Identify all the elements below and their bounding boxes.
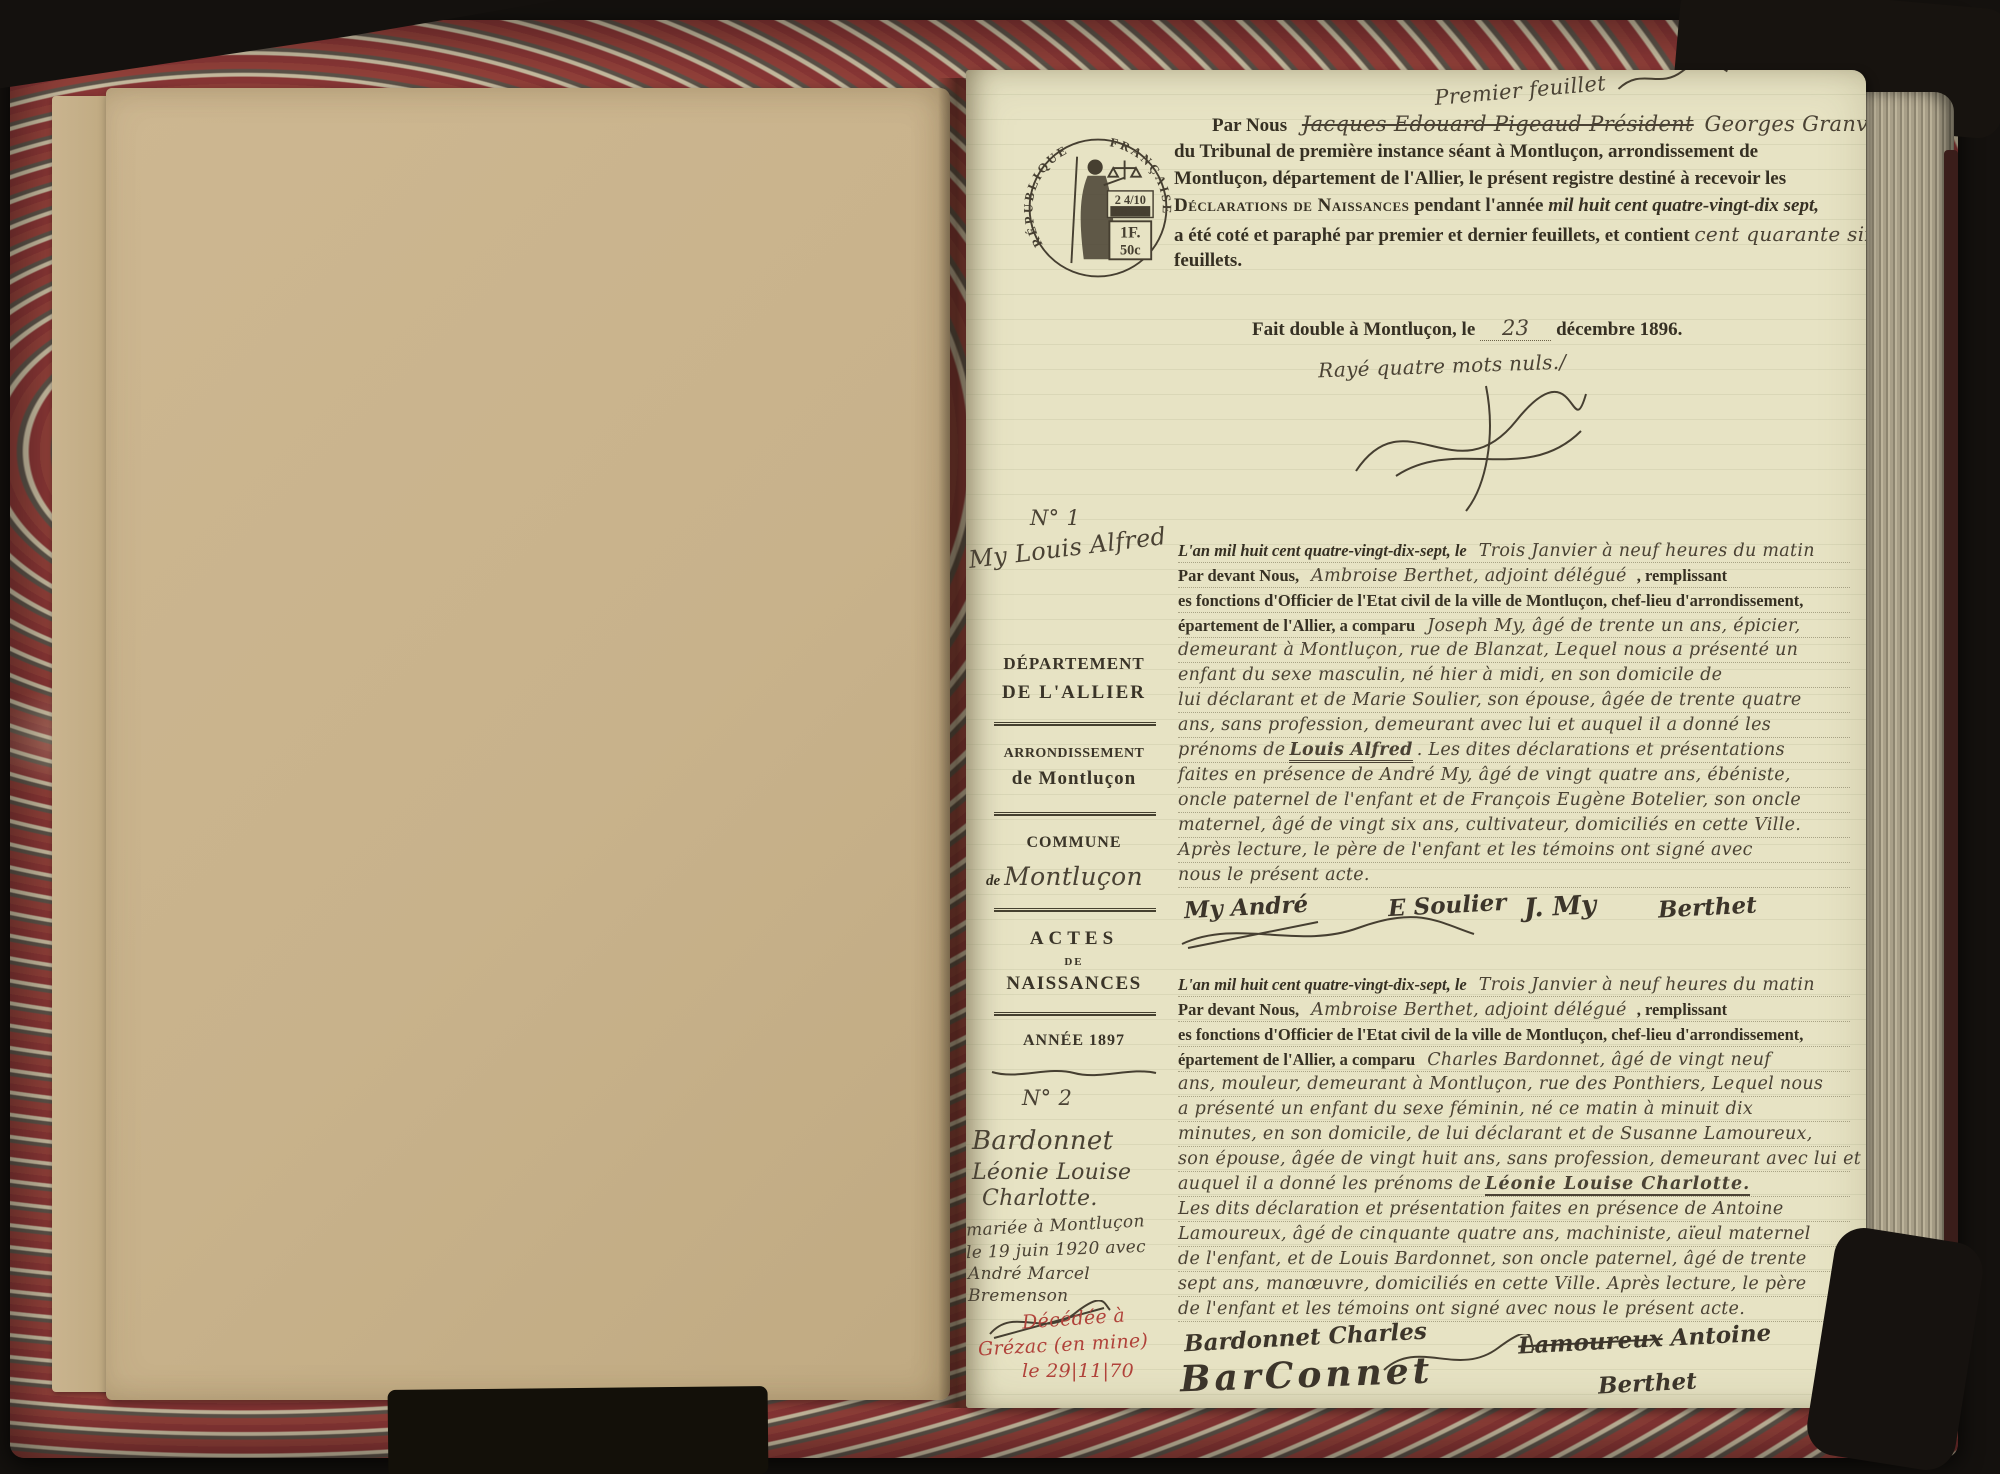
handwritten-text: minutes, en son domicile, de lui déclara… — [1178, 1124, 1813, 1144]
stamp-rate-mid: EN SUS — [1115, 207, 1146, 217]
act1-line: nous le présent acte. — [1178, 863, 1850, 888]
act1-signatures: My André E Soulier J. My Berthet — [1178, 892, 1850, 936]
handwritten-text: Lamoureux, âgé de cinquante quatre ans, … — [1178, 1224, 1811, 1244]
fait-double-suffix: décembre 1896. — [1556, 319, 1682, 340]
child-name-act1: Louis Alfred — [1289, 740, 1412, 763]
departement-label-2: DE L'ALLIER — [976, 682, 1172, 704]
printed-text: es fonctions d'Officier de l'Etat civil … — [1178, 591, 1803, 610]
printed-text: Par devant Nous, — [1178, 566, 1299, 585]
record-2-margin-name-1: Bardonnet — [972, 1126, 1113, 1156]
book-page-edges — [1862, 92, 1954, 1420]
folio-count-handwritten: cent quarante six — [1694, 222, 1866, 246]
act2-line: ans, mouleur, demeurant à Montluçon, rue… — [1178, 1072, 1850, 1097]
record-2-margin-name-3: Charlotte. — [982, 1186, 1098, 1211]
printed-text: Par devant Nous, — [1178, 1000, 1299, 1019]
act2-line: son épouse, âgée de vingt huit ans, sans… — [1178, 1147, 1850, 1172]
child-name-act2: Léonie Louise Charlotte. — [1485, 1174, 1750, 1196]
handwritten-text: prénoms de — [1178, 740, 1285, 760]
actes-label-1: ACTES — [976, 928, 1172, 950]
handwritten-text: Trois Janvier à neuf heures du matin — [1479, 541, 1815, 561]
handwritten-text: Les dits déclaration et présentation fai… — [1178, 1199, 1784, 1219]
premier-feuillet-text: Premier feuillet — [1434, 71, 1607, 110]
margin-divider-rule — [994, 722, 1156, 726]
judge-signature-flourish — [1336, 376, 1616, 516]
signature-official-berthet: Berthet — [1657, 891, 1757, 923]
handwritten-text: Joseph My, âgé de trente un ans, épicier… — [1427, 616, 1800, 636]
act2-line: Lamoureux, âgé de cinquante quatre ans, … — [1178, 1222, 1850, 1247]
paraph-flourish-icon — [1611, 70, 1733, 97]
handwritten-text: de l'enfant et les témoins ont signé ave… — [1178, 1299, 1745, 1319]
act2-line: es fonctions d'Officier de l'Etat civil … — [1178, 1022, 1850, 1047]
signature-flourish-icon — [1178, 916, 1478, 952]
commune-label: COMMUNE — [976, 834, 1172, 852]
stamp-rate-top: 2 4/10 — [1115, 193, 1146, 207]
arrondissement-label-1: ARRONDISSEMENT — [976, 746, 1172, 762]
stamp-arc-left-text: RÉPUBLIQUE — [1022, 142, 1071, 249]
handwritten-text: enfant du sexe masculin, né hier à midi,… — [1178, 665, 1722, 685]
margin-divider-rule — [994, 908, 1156, 912]
act2-signatures: Bardonnet Charles Lamoureux Antoine BarC… — [1178, 1324, 1850, 1368]
svg-text:RÉPUBLIQUE: RÉPUBLIQUE — [1022, 142, 1071, 249]
annee-label: ANNÉE 1897 — [976, 1032, 1172, 1050]
fait-double-prefix: Fait double à Montluçon, le — [1252, 319, 1475, 340]
flyleaf-stub-page — [52, 96, 114, 1392]
act1-line: lui déclarant et de Marie Soulier, son é… — [1178, 688, 1850, 713]
actes-label-2: DE — [976, 956, 1172, 968]
handwritten-text: auquel il a donné les prénoms de — [1178, 1174, 1481, 1194]
margin-divider-rule — [994, 812, 1156, 816]
header-line-5: a été coté et paraphé par premier et der… — [1174, 225, 1690, 246]
par-nous-label: Par Nous — [1212, 115, 1287, 136]
signature-flourish-icon — [1378, 1334, 1538, 1380]
act1-line: Par devant Nous, Ambroise Berthet, adjoi… — [1178, 563, 1850, 588]
printed-text: , remplissant — [1637, 1000, 1727, 1019]
commune-handwritten-name: Montluçon — [1004, 862, 1143, 891]
stamp-centime-value: 50c — [1120, 243, 1141, 259]
handwritten-text: ans, mouleur, demeurant à Montluçon, rue… — [1178, 1074, 1823, 1094]
printed-text: , remplissant — [1637, 566, 1727, 585]
act2-line: auquel il a donné les prénoms de Léonie … — [1178, 1172, 1850, 1197]
actes-label-3: NAISSANCES — [976, 973, 1172, 995]
blank-left-page — [106, 88, 950, 1400]
act1-line: enfant du sexe masculin, né hier à midi,… — [1178, 663, 1850, 688]
marriage-note-line-1: mariée à Montluçon — [966, 1211, 1145, 1240]
printed-text: L'an mil huit cent quatre-vingt-dix-sept… — [1178, 541, 1467, 560]
handwritten-text: Ambroise Berthet, adjoint délégué — [1311, 566, 1627, 586]
revenue-stamp: RÉPUBLIQUE FRANÇAISE 2 4/10 EN SUS 1F. 5… — [1022, 132, 1174, 284]
arrondissement-label-2: de Montluçon — [976, 768, 1172, 790]
act1-line: prénoms de Louis Alfred . Les dites décl… — [1178, 738, 1850, 763]
signature-lamoureux-struck: Lamoureux — [1517, 1325, 1663, 1360]
act2-line: a présenté un enfant du sexe féminin, né… — [1178, 1097, 1850, 1122]
handwritten-text: a présenté un enfant du sexe féminin, né… — [1178, 1099, 1753, 1119]
marriage-note-line-2: le 19 juin 1920 avec — [966, 1237, 1146, 1263]
handwritten-text: maternel, âgé de vingt six ans, cultivat… — [1178, 815, 1801, 835]
fait-double-line: Fait double à Montluçon, le 23 décembre … — [1252, 316, 1682, 341]
margin-divider-rule — [994, 1012, 1156, 1016]
printed-text: L'an mil huit cent quatre-vingt-dix-sept… — [1178, 975, 1467, 994]
handwritten-text: oncle paternel de l'enfant et de Françoi… — [1178, 790, 1801, 810]
stamp-franc-value: 1F. — [1120, 224, 1140, 241]
header-line-6: feuillets. — [1174, 250, 1242, 272]
scan-shadow-bottom-notch — [388, 1386, 769, 1474]
act1-line: maternel, âgé de vingt six ans, cultivat… — [1178, 813, 1850, 838]
act1-line: es fonctions d'Officier de l'Etat civil … — [1178, 588, 1850, 613]
act1-line: demeurant à Montluçon, rue de Blanzat, L… — [1178, 638, 1850, 663]
signature-official-berthet-2: Berthet — [1597, 1367, 1697, 1399]
handwritten-text: ans, sans profession, demeurant avec lui… — [1178, 715, 1771, 735]
departement-label-1: DÉPARTEMENT — [976, 654, 1172, 674]
register-header: Par Nous Jacques Edouard Pigeaud Préside… — [1174, 106, 1864, 316]
handwritten-text: faites en présence de André My, âgé de v… — [1178, 765, 1791, 785]
act2-line: minutes, en son domicile, de lui déclara… — [1178, 1122, 1850, 1147]
handwritten-text: . Les dites déclarations et présentation… — [1417, 740, 1785, 760]
handwritten-text: sept ans, manœuvre, domiciliés en cette … — [1178, 1274, 1806, 1294]
handwritten-text: lui déclarant et de Marie Soulier, son é… — [1178, 690, 1802, 710]
handwritten-text: de l'enfant, et de Louis Bardonnet, son … — [1178, 1249, 1807, 1269]
header-line-3: Montluçon, département de l'Allier, le p… — [1174, 168, 1786, 190]
act1-line: Après lecture, le père de l'enfant et le… — [1178, 838, 1850, 863]
act2-line: de l'enfant et les témoins ont signé ave… — [1178, 1297, 1850, 1322]
handwritten-text: demeurant à Montluçon, rue de Blanzat, L… — [1178, 640, 1798, 660]
struck-official-name: Jacques Edouard Pigeaud Président — [1302, 112, 1694, 136]
act2-line: sept ans, manœuvre, domiciliés en cette … — [1178, 1272, 1850, 1297]
act1-line: oncle paternel de l'enfant et de Françoi… — [1178, 788, 1850, 813]
marriage-note-line-3: André Marcel — [968, 1264, 1090, 1284]
act1-line: épartement de l'Allier, a comparu Joseph… — [1178, 613, 1850, 638]
register-form-page: RÉPUBLIQUE FRANÇAISE 2 4/10 EN SUS 1F. 5… — [966, 70, 1866, 1408]
scanned-register-page: RÉPUBLIQUE FRANÇAISE 2 4/10 EN SUS 1F. 5… — [0, 0, 2000, 1474]
cover-edge — [1944, 150, 1958, 1330]
printed-text: épartement de l'Allier, a comparu — [1178, 616, 1415, 635]
act1-line: faites en présence de André My, âgé de v… — [1178, 763, 1850, 788]
handwritten-text: nous le présent acte. — [1178, 865, 1370, 885]
header-line-2: du Tribunal de première instance séant à… — [1174, 141, 1758, 163]
act2-line: Par devant Nous, Ambroise Berthet, adjoi… — [1178, 997, 1850, 1022]
fait-double-day: 23 — [1480, 316, 1551, 341]
handwritten-text: son épouse, âgée de vingt huit ans, sans… — [1178, 1149, 1861, 1169]
printed-year-words: mil huit cent quatre-vingt-dix sept, — [1548, 195, 1819, 216]
handwritten-text: Trois Janvier à neuf heures du matin — [1479, 975, 1815, 995]
annee-bracket-ornament — [988, 1064, 1160, 1082]
signature-j-my: J. My — [1523, 890, 1597, 924]
printed-text: épartement de l'Allier, a comparu — [1178, 1050, 1415, 1069]
header-line-4-rest: pendant l'année — [1414, 195, 1543, 216]
act2-line: de l'enfant, et de Louis Bardonnet, son … — [1178, 1247, 1850, 1272]
act1-line: L'an mil huit cent quatre-vingt-dix-sept… — [1178, 538, 1850, 563]
declarations-naissances-label: Déclarations de Naissances — [1174, 195, 1409, 216]
signature-antoine: Antoine — [1670, 1319, 1772, 1351]
act2-line: Les dits déclaration et présentation fai… — [1178, 1197, 1850, 1222]
act2-line: L'an mil huit cent quatre-vingt-dix-sept… — [1178, 972, 1850, 997]
handwritten-text: Charles Bardonnet, âgé de vingt neuf — [1427, 1050, 1771, 1070]
act1-line: ans, sans profession, demeurant avec lui… — [1178, 713, 1850, 738]
death-note-line-3: le 29|11|70 — [1022, 1360, 1134, 1382]
act2-line: épartement de l'Allier, a comparu Charle… — [1178, 1047, 1850, 1072]
record-1-number: N° 1 — [1030, 506, 1080, 530]
handwritten-text: Après lecture, le père de l'enfant et le… — [1178, 840, 1753, 860]
record-2-number: N° 2 — [1022, 1086, 1072, 1110]
birth-act-2: L'an mil huit cent quatre-vingt-dix-sept… — [1178, 972, 1850, 1322]
commune-de-label: de — [986, 873, 1000, 889]
birth-act-1: L'an mil huit cent quatre-vingt-dix-sept… — [1178, 538, 1850, 888]
handwritten-text: Ambroise Berthet, adjoint délégué — [1311, 1000, 1627, 1020]
added-official-name: Georges Granval juge — [1705, 112, 1866, 136]
printed-text: es fonctions d'Officier de l'Etat civil … — [1178, 1025, 1803, 1044]
record-2-margin-name-2: Léonie Louise — [972, 1160, 1131, 1185]
